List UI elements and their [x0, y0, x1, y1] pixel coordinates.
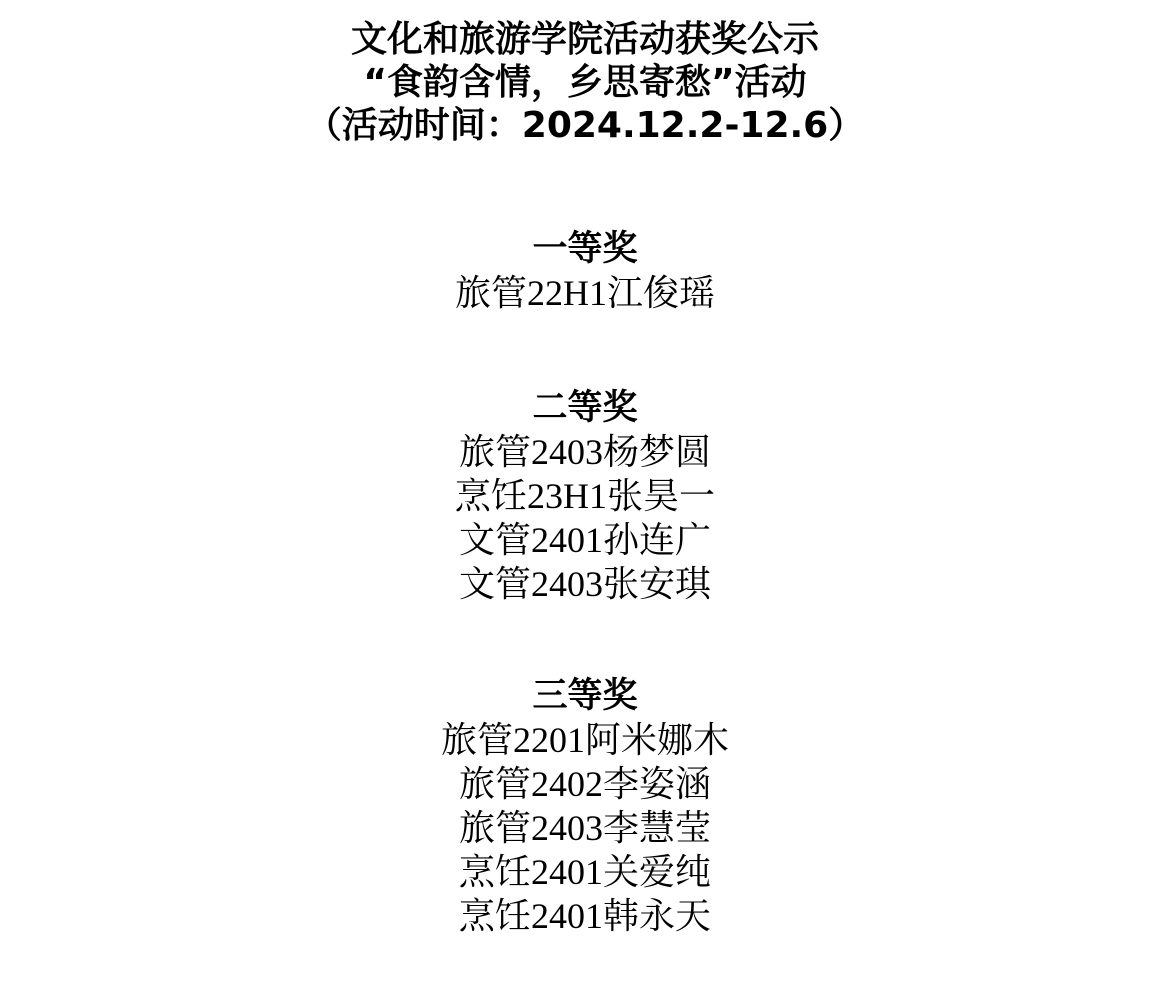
award-announcement-page: 文化和旅游学院活动获奖公示 “食韵含情，乡思寄愁”活动 （活动时间：2024.1… [0, 0, 1170, 981]
winner-item: 旅管2201阿米娜木 [0, 718, 1170, 762]
winner-item: 文管2401孙连广 [0, 518, 1170, 562]
document-title: 文化和旅游学院活动获奖公示 “食韵含情，乡思寄愁”活动 （活动时间：2024.1… [0, 18, 1170, 147]
title-line-activity-name: “食韵含情，乡思寄愁”活动 [0, 61, 1170, 104]
second-prize-heading: 二等奖 [0, 386, 1170, 430]
winner-item: 文管2403张安琪 [0, 562, 1170, 606]
winner-item: 烹饪2401关爱纯 [0, 850, 1170, 894]
winner-item: 旅管2402李姿涵 [0, 762, 1170, 806]
winner-item: 烹饪23H1张昊一 [0, 474, 1170, 518]
winner-item: 旅管2403李慧莹 [0, 806, 1170, 850]
winner-item: 烹饪2401韩永天 [0, 894, 1170, 938]
section-second-prize: 二等奖 旅管2403杨梦圆 烹饪23H1张昊一 文管2401孙连广 文管2403… [0, 386, 1170, 606]
winner-item: 旅管22H1江俊瑶 [0, 271, 1170, 315]
winner-item: 旅管2403杨梦圆 [0, 430, 1170, 474]
third-prize-heading: 三等奖 [0, 674, 1170, 718]
first-prize-heading: 一等奖 [0, 227, 1170, 271]
section-third-prize: 三等奖 旅管2201阿米娜木 旅管2402李姿涵 旅管2403李慧莹 烹饪240… [0, 674, 1170, 938]
title-line-activity-dates: （活动时间：2024.12.2-12.6） [0, 104, 1170, 147]
section-first-prize: 一等奖 旅管22H1江俊瑶 [0, 227, 1170, 315]
title-line-college: 文化和旅游学院活动获奖公示 [0, 18, 1170, 61]
